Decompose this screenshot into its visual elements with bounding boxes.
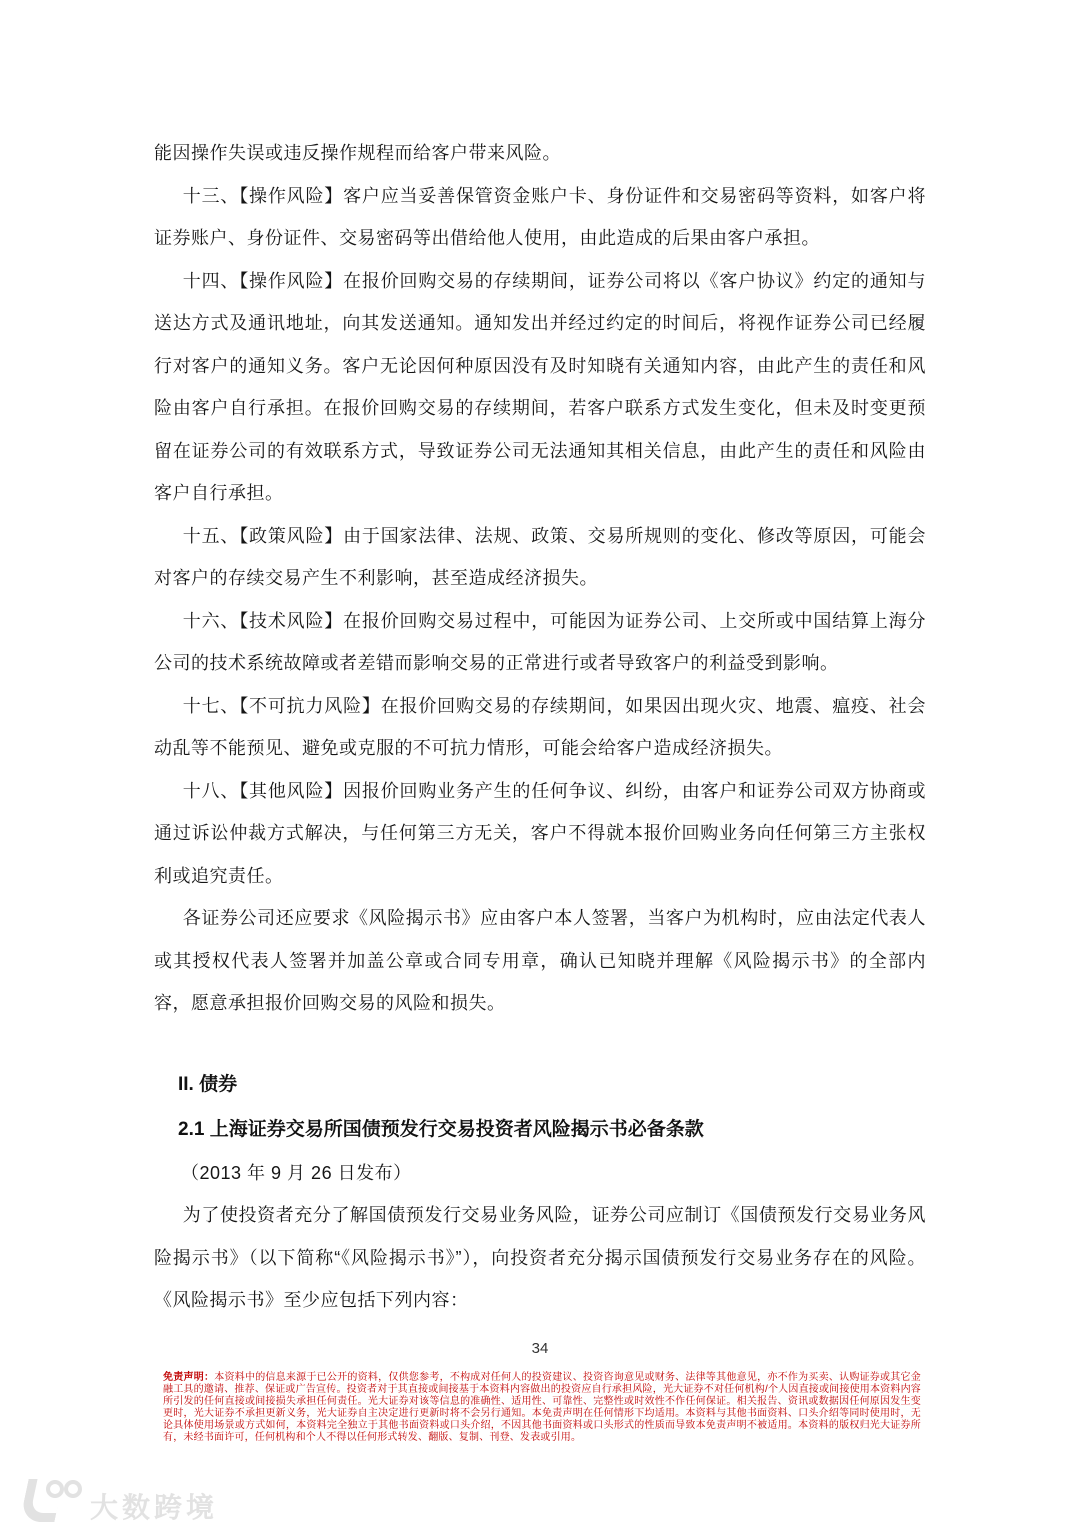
section-heading-bonds: II. 债券 xyxy=(178,1071,926,1099)
paragraph-continuation: 能因操作失误或违反操作规程而给客户带来风险。 xyxy=(154,132,926,175)
paragraph-risk-17: 十七、【不可抗力风险】在报价回购交易的存续期间，如果因出现火灾、地震、瘟疫、社会… xyxy=(154,685,926,770)
subsection-heading: 2.1 上海证券交易所国债预发行交易投资者风险揭示书必备条款 xyxy=(178,1116,926,1144)
paragraph-risk-18: 十八、【其他风险】因报价回购业务产生的任何争议、纠纷，由客户和证券公司双方协商或… xyxy=(154,770,926,898)
disclaimer: 免责声明：本资料中的信息来源于已公开的资料，仅供您参考，不构成对任何人的投资建议… xyxy=(163,1372,921,1443)
watermark-text: 大数跨境 xyxy=(90,1494,218,1522)
publish-date: （2013 年 9 月 26 日发布） xyxy=(154,1152,926,1195)
paragraph-signature-requirement: 各证券公司还应要求《风险揭示书》应由客户本人签署，当客户为机构时，应由法定代表人… xyxy=(154,897,926,1025)
paragraph-risk-15: 十五、【政策风险】由于国家法律、法规、政策、交易所规则的变化、修改等原因，可能会… xyxy=(154,515,926,600)
paragraph-risk-14: 十四、【操作风险】在报价回购交易的存续期间，证券公司将以《客户协议》约定的通知与… xyxy=(154,260,926,515)
paragraph-risk-13: 十三、【操作风险】客户应当妥善保管资金账户卡、身份证件和交易密码等资料，如客户将… xyxy=(154,175,926,260)
disclaimer-label: 免责声明： xyxy=(163,1372,214,1383)
logo-ring-icon xyxy=(64,1480,82,1498)
disclaimer-text: 本资料中的信息来源于已公开的资料，仅供您参考，不构成对任何人的投资建议、投资咨询… xyxy=(163,1372,921,1443)
watermark: 大数跨境 xyxy=(22,1480,218,1522)
document-page: 能因操作失误或违反操作规程而给客户带来风险。 十三、【操作风险】客户应当妥善保管… xyxy=(0,0,1080,1528)
body-text: 能因操作失误或违反操作规程而给客户带来风险。 十三、【操作风险】客户应当妥善保管… xyxy=(154,132,926,1322)
paragraph-risk-16: 十六、【技术风险】在报价回购交易过程中，可能因为证券公司、上交所或中国结算上海分… xyxy=(154,600,926,685)
watermark-logo-icon xyxy=(22,1480,80,1522)
paragraph-section-intro: 为了使投资者充分了解国债预发行交易业务风险，证券公司应制订《国债预发行交易业务风… xyxy=(154,1194,926,1322)
logo-ring-icon xyxy=(46,1480,64,1498)
page-number: 34 xyxy=(0,1340,1080,1357)
